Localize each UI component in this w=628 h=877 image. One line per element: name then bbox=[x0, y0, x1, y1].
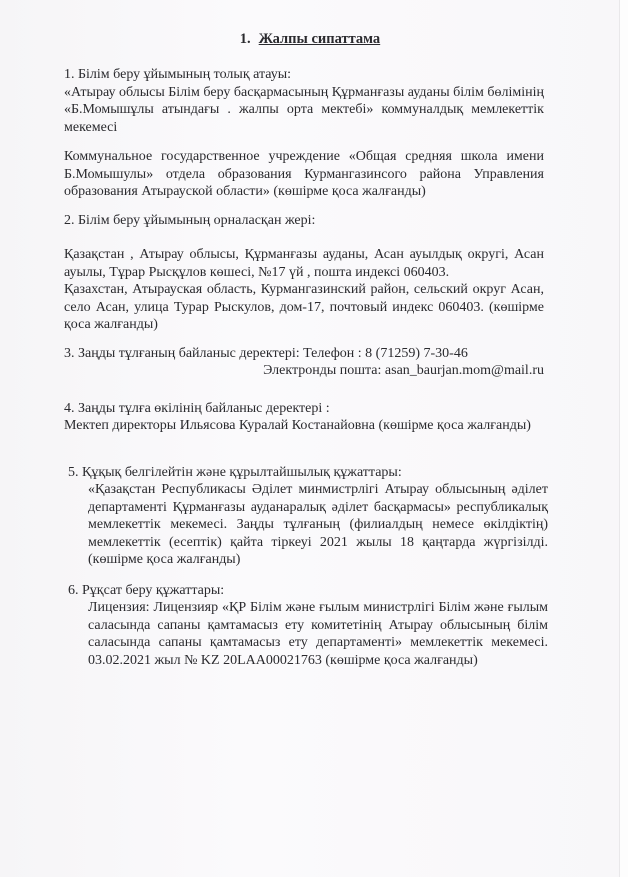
section-5-label: 5. Құқық белгілейтін және құрылтайшылық … bbox=[68, 464, 548, 482]
section-1-label: 1. Білім беру ұйымының толық атауы: bbox=[64, 66, 544, 84]
section-2-label: 2. Білім беру ұйымының орналасқан жері: bbox=[64, 212, 544, 230]
section-4-label: 4. Заңды тұлға өкілінің байланыс деректе… bbox=[64, 400, 544, 418]
section-1-body-kk: «Атырау облысы Білім беру басқармасының … bbox=[64, 84, 544, 137]
page-edge bbox=[619, 0, 628, 877]
section-2-body-kk: Қазақстан , Атырау облысы, Құрманғазы ау… bbox=[64, 246, 544, 281]
section-1: 1. Білім беру ұйымының толық атауы: «Аты… bbox=[64, 66, 544, 136]
section-6-body: Лицензия: Лицензияр «ҚР Білім және ғылым… bbox=[88, 599, 548, 669]
heading-number: 1. bbox=[240, 31, 251, 47]
page-title: 1.Жалпы сипаттама bbox=[0, 31, 620, 48]
section-2-body-ru: Қазахстан, Атырауская область, Курмангаз… bbox=[64, 281, 544, 334]
section-5-body: «Қазақстан Республикасы Әділет минмистрл… bbox=[88, 481, 548, 569]
section-3-label: 3. Заңды тұлғаның байланыс деректері: Те… bbox=[64, 345, 544, 363]
heading-title: Жалпы сипаттама bbox=[259, 31, 381, 47]
section-4-body: Мектеп директоры Ильясова Куралай Костан… bbox=[64, 417, 564, 435]
section-6-label: 6. Рұқсат беру құжаттары: bbox=[68, 582, 548, 600]
section-1-body-ru: Коммунальное государственное учреждение … bbox=[64, 148, 544, 201]
section-3-email: Электронды пошта: asan_baurjan.mom@mail.… bbox=[64, 362, 544, 380]
